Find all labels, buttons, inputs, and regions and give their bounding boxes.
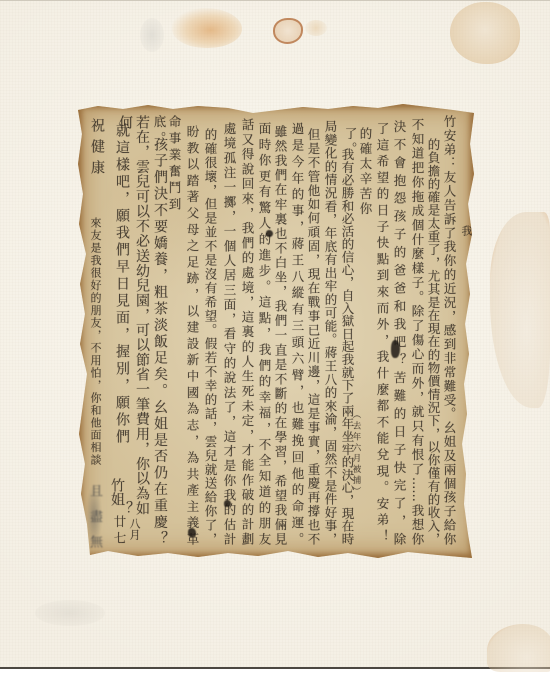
stain-mark (305, 20, 327, 36)
letter-column: 的確很壞，但是並不是沒有希望。假若不幸的話，雲兒就送給你了， (203, 128, 218, 545)
letter-column: 竹安弟：友人告訴了我你的近況，感到非常難受。幺姐及兩個孩子給你 (442, 115, 457, 545)
letter-column: 我有必勝和必活的信心，自入獄日起我就下了兩年坐牢的決心，現在時 (340, 148, 355, 545)
letter-column: 處境孤注一擲，一個人居三面，看守的說法了，這才是你我的估計 (222, 122, 237, 545)
letter-column: 過是今年的事，蔣王八縱有三頭六臂，也難挽回他的命運。 (290, 122, 305, 545)
letter-column: 就這樣吧，願我們早日見面，握別，願你們 (113, 123, 130, 443)
ink-blot (266, 230, 273, 237)
letter-column: 面時你更有驚人的進步。這點，我們的幸福，不全知道的朋友 (257, 122, 272, 545)
stain-mark (35, 600, 105, 626)
letter-closing: 祝健康 (88, 118, 105, 188)
stain-mark (172, 8, 242, 48)
letter-column: 不知道把你拖成個什麼樣子。除了傷心而外，就只有恨了……我想你 (410, 118, 425, 545)
smudged-annotation: 且盡無 (86, 484, 102, 548)
letter-column: 但是不管他如何頑固，現在戰事已近川邊，這是事實，重慶再撐也不 (306, 128, 321, 545)
letter-column: 話又得說回來，我們的處境，這裏的人生死未定，才能作破的計劃 (240, 118, 255, 545)
letter-column: 局變化的情況看，年底有出牢的可能。蔣王八的來渝，固然不是件好事， (323, 120, 338, 545)
ink-blot (224, 500, 231, 507)
letter-column: 命事業奮鬥到底。 (167, 115, 182, 242)
letter-column: 的負擔的確是太重了，尤其是在現在的物價情況下，以你僅有的收入， (426, 138, 441, 545)
signature-month: 八月 (128, 518, 141, 544)
photo-frame: 竹安弟：友人告訴了我你的近況，感到非常難受。幺姐及兩個孩子給你 我 的負擔的確是… (0, 0, 550, 674)
handwritten-letter: 竹安弟：友人告訴了我你的近況，感到非常難受。幺姐及兩個孩子給你 我 的負擔的確是… (78, 104, 474, 558)
ink-blot (188, 528, 196, 537)
signature-day: 廿七 (112, 515, 127, 548)
stain-mark (487, 624, 550, 672)
ink-blot (391, 340, 400, 358)
letter-column: 若在，雲兒可以不必送幼兒園，可以節省一筆費用，你以為如何？ (133, 115, 150, 515)
letter-column: 雖然我們在牢裏也不白坐，我們一直是不斷的在學習，希望我倆見 (273, 125, 288, 545)
signature-name: 竹姐 (108, 478, 125, 512)
stain-mark (450, 2, 520, 64)
letter-column: 的確太辛苦你了。 (358, 127, 373, 245)
letter-column: 決不會抱怨孩子的爸爸和我吧？苦難的日子快完了，除 (392, 120, 407, 545)
letter-postscript: 來友是我很好的朋友，不用怕，你和他面相談 (89, 217, 102, 465)
letter-column: 盼教以踏著父母之足跡，以建設新中國為志，為共產主義革 (185, 125, 200, 545)
letter-column: 孩子們決不要嬌養，粗茶淡飯足矣。幺姐是否仍在重慶？ (151, 137, 168, 545)
letter-column: 了這希望的日子快點到來而外，我什麼都不能兌現。安弟！ (375, 122, 390, 542)
stain-mark (140, 18, 164, 52)
